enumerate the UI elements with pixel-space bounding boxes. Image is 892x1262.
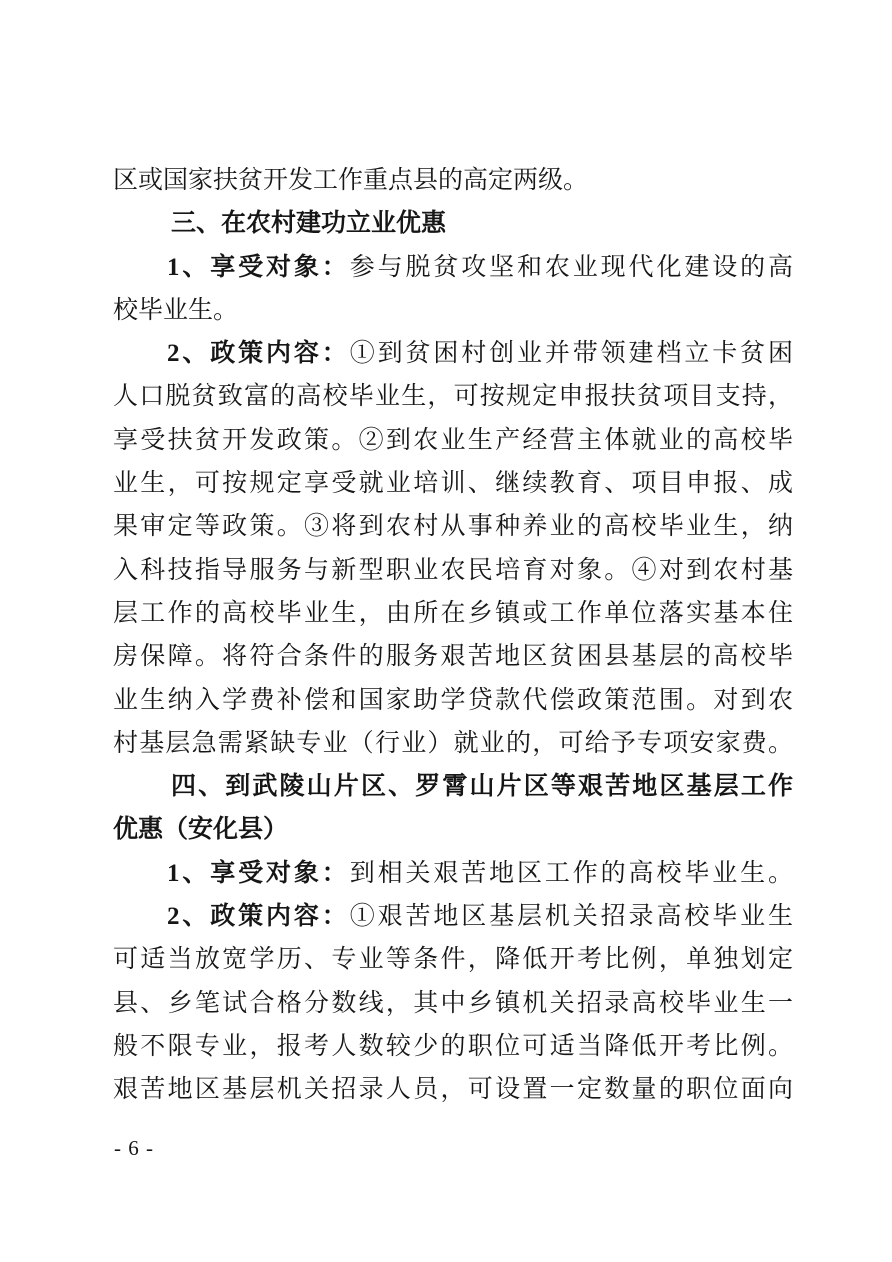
section-heading-line: 三、在农村建功立业优惠	[113, 202, 793, 245]
text-segment: 果审定等政策。③将到农村从事种养业的高校毕业生，纳	[113, 513, 793, 540]
text-line: 业生，可按规定享受就业培训、继续教育、项目申报、成	[113, 462, 793, 505]
bold-text-segment: 2、政策内容：	[167, 340, 350, 367]
text-segment: ①到贫困村创业并带领建档立卡贫困	[350, 340, 793, 367]
text-segment: 业生纳入学费补偿和国家助学贷款代偿政策范围。对到农	[113, 687, 793, 714]
text-segment: 般不限专业，报考人数较少的职位可适当降低开考比例。	[113, 1033, 793, 1060]
text-line: 村基层急需紧缺专业（行业）就业的，可给予专项安家费。	[113, 722, 793, 765]
text-line: 业生纳入学费补偿和国家助学贷款代偿政策范围。对到农	[113, 679, 793, 722]
text-line: 房保障。将符合条件的服务艰苦地区贫困县基层的高校毕	[113, 635, 793, 678]
bold-text-segment: 三、在农村建功立业优惠	[171, 209, 446, 237]
text-line: 人口脱贫致富的高校毕业生，可按规定申报扶贫项目支持，	[113, 375, 793, 418]
text-line: 2、政策内容：①艰苦地区基层机关招录高校毕业生	[113, 895, 793, 938]
text-segment: 校毕业生。	[113, 297, 238, 324]
text-line: 入科技指导服务与新型职业农民培育对象。④对到农村基	[113, 549, 793, 592]
text-segment: 县、乡笔试合格分数线，其中乡镇机关招录高校毕业生一	[113, 990, 793, 1017]
text-line: 层工作的高校毕业生，由所在乡镇或工作单位落实基本住	[113, 592, 793, 635]
text-line: 可适当放宽学历、专业等条件，降低开考比例，单独划定	[113, 938, 793, 981]
text-segment: 房保障。将符合条件的服务艰苦地区贫困县基层的高校毕	[113, 643, 793, 670]
document-body: 区或国家扶贫开发工作重点县的高定两级。三、在农村建功立业优惠1、享受对象：参与脱…	[113, 159, 793, 1112]
text-line: 县、乡笔试合格分数线，其中乡镇机关招录高校毕业生一	[113, 982, 793, 1025]
document-page: 区或国家扶贫开发工作重点县的高定两级。三、在农村建功立业优惠1、享受对象：参与脱…	[0, 0, 892, 1262]
text-line: 享受扶贫开发政策。②到农业生产经营主体就业的高校毕	[113, 419, 793, 462]
bold-text-segment: 1、享受对象：	[167, 860, 350, 887]
text-segment: 区或国家扶贫开发工作重点县的高定两级。	[113, 167, 588, 194]
text-line: 艰苦地区基层机关招录人员，可设置一定数量的职位面向	[113, 1068, 793, 1111]
text-segment: 村基层急需紧缺专业（行业）就业的，可给予专项安家费。	[113, 730, 793, 757]
bold-text-segment: 2、政策内容：	[167, 903, 350, 930]
bold-text-segment: 四、到武陵山片区、罗霄山片区等艰苦地区基层工作	[171, 772, 793, 800]
text-segment: 层工作的高校毕业生，由所在乡镇或工作单位落实基本住	[113, 600, 793, 627]
text-line: 果审定等政策。③将到农村从事种养业的高校毕业生，纳	[113, 505, 793, 548]
text-segment: 入科技指导服务与新型职业农民培育对象。④对到农村基	[113, 557, 793, 584]
section-heading-line: 优惠（安化县）	[113, 808, 793, 851]
section-heading-line: 四、到武陵山片区、罗霄山片区等艰苦地区基层工作	[113, 765, 793, 808]
text-segment: 到相关艰苦地区工作的高校毕业生。	[350, 860, 793, 887]
text-line: 2、政策内容：①到贫困村创业并带领建档立卡贫困	[113, 332, 793, 375]
text-segment: 艰苦地区基层机关招录人员，可设置一定数量的职位面向	[113, 1076, 793, 1103]
page-number: - 6 -	[114, 1134, 154, 1162]
text-segment: 人口脱贫致富的高校毕业生，可按规定申报扶贫项目支持，	[113, 383, 793, 410]
text-segment: 享受扶贫开发政策。②到农业生产经营主体就业的高校毕	[113, 427, 793, 454]
bold-text-segment: 1、享受对象：	[167, 254, 350, 281]
bold-text-segment: 优惠（安化县）	[113, 815, 288, 843]
text-segment: 业生，可按规定享受就业培训、继续教育、项目申报、成	[113, 470, 793, 497]
text-line: 区或国家扶贫开发工作重点县的高定两级。	[113, 159, 793, 202]
text-line: 1、享受对象：参与脱贫攻坚和农业现代化建设的高	[113, 246, 793, 289]
text-segment: 可适当放宽学历、专业等条件，降低开考比例，单独划定	[113, 946, 793, 973]
text-segment: ①艰苦地区基层机关招录高校毕业生	[350, 903, 793, 930]
text-segment: 参与脱贫攻坚和农业现代化建设的高	[350, 254, 793, 281]
text-line: 1、享受对象：到相关艰苦地区工作的高校毕业生。	[113, 852, 793, 895]
text-line: 校毕业生。	[113, 289, 793, 332]
text-line: 般不限专业，报考人数较少的职位可适当降低开考比例。	[113, 1025, 793, 1068]
